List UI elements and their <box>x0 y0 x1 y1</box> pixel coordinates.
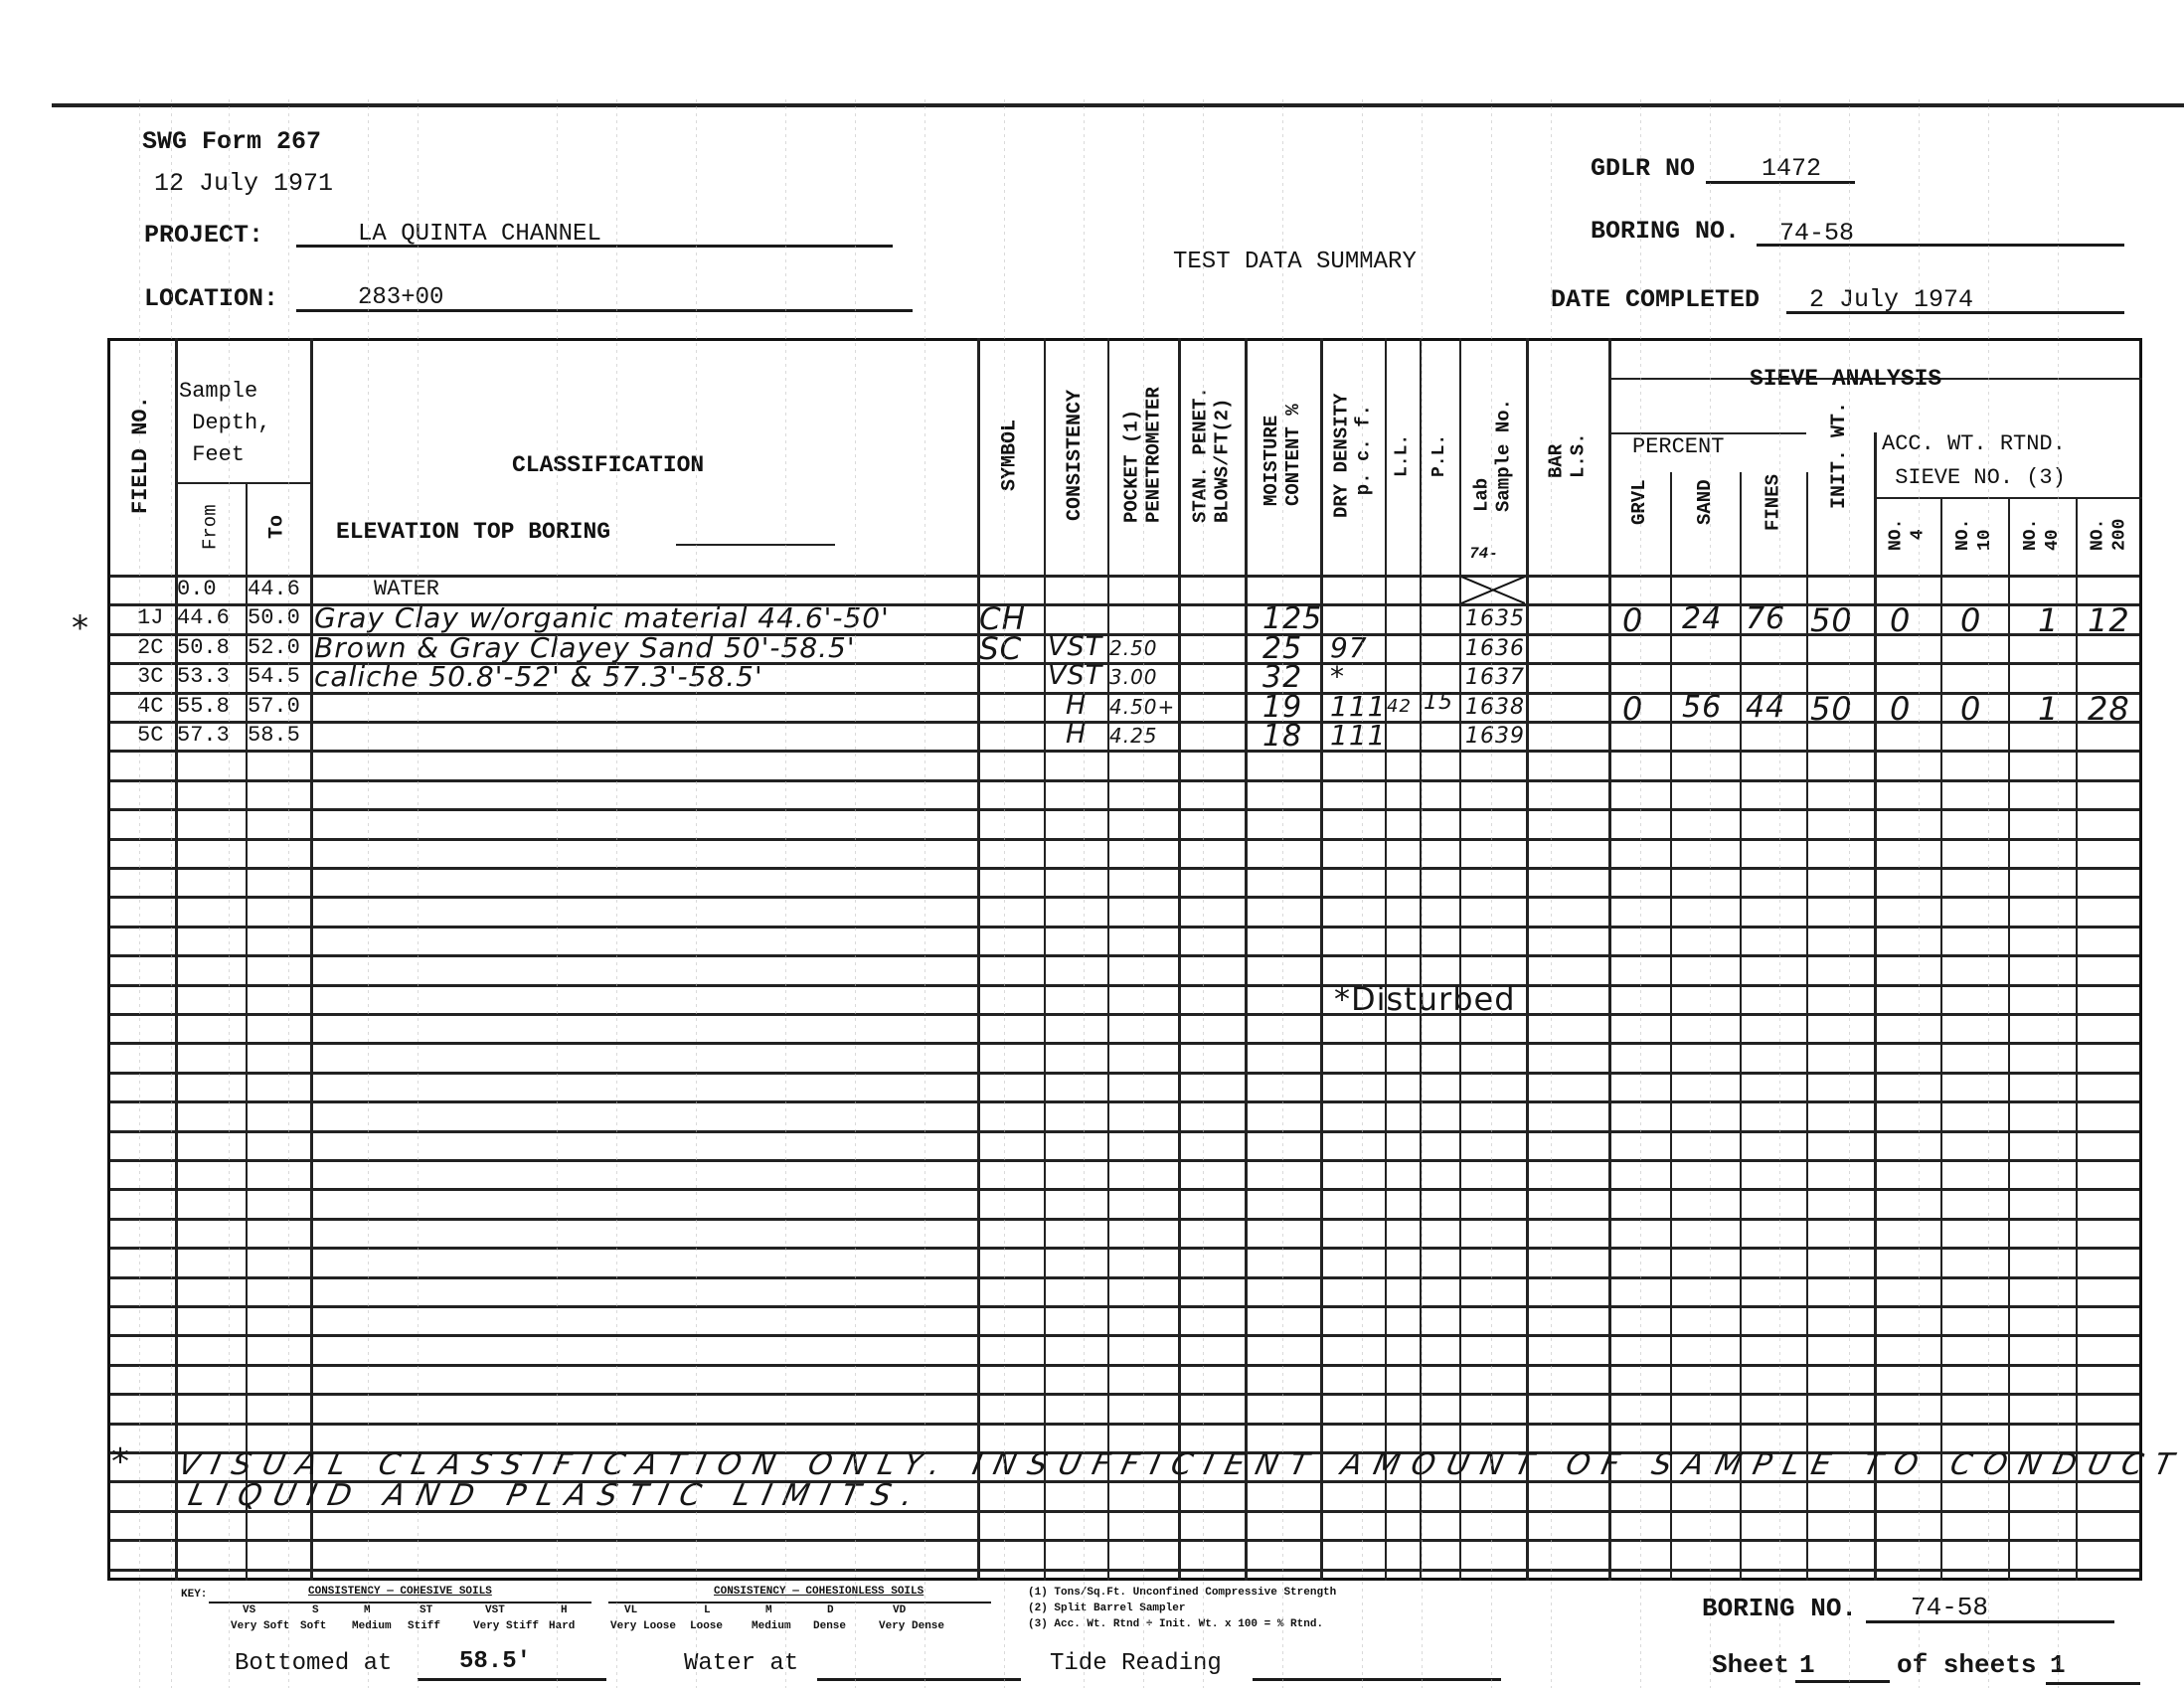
row-divider <box>110 984 2139 987</box>
project-underline <box>296 245 893 248</box>
cell-sand[interactable]: 24 <box>1682 601 1722 636</box>
gdlr-underline <box>1706 181 1855 184</box>
row-divider <box>110 1393 2139 1396</box>
row-divider <box>110 1569 2139 1572</box>
scan-streak <box>1362 99 1363 1688</box>
location-value[interactable]: 283+00 <box>358 284 443 311</box>
key-cohesionless-title: CONSISTENCY — COHESIONLESS SOILS <box>714 1586 924 1598</box>
row-divider <box>110 838 2139 841</box>
cell-no10[interactable]: 0 <box>1960 690 1981 728</box>
gdlr-value[interactable]: 1472 <box>1762 154 1821 183</box>
cell-to[interactable]: 50.0 <box>248 605 300 630</box>
note-asterisk: * <box>111 1441 130 1482</box>
cell-to[interactable]: 54.5 <box>248 664 300 689</box>
lab-sample-void-mark <box>1461 577 1525 603</box>
key-rule <box>209 1602 591 1604</box>
cell-pocket[interactable]: 4.25 <box>1109 724 1158 748</box>
key-cohesive-name: Very Stiff <box>473 1620 539 1632</box>
cell-classification[interactable]: Brown & Gray Clayey Sand 50'-58.5' <box>314 631 856 664</box>
column-divider <box>1806 472 1808 1581</box>
header-sieve-no4: NO. 4 <box>1874 502 1940 567</box>
row-divider <box>110 1159 2139 1162</box>
row-divider <box>110 1188 2139 1191</box>
form-title: TEST DATA SUMMARY <box>1173 249 1417 275</box>
row-divider <box>110 1364 2139 1367</box>
column-divider <box>2076 497 2078 1581</box>
location-underline <box>296 309 913 312</box>
row-divider <box>110 1130 2139 1133</box>
header-stan-penet: STAN. PENET. BLOWS/FT(2) <box>1178 348 1245 563</box>
header-depth-to: To <box>246 487 310 567</box>
scan-streak <box>785 99 786 1688</box>
sheet-label: Sheet <box>1712 1650 1789 1680</box>
key-cohesive-name: Very Soft <box>231 1620 289 1632</box>
header-divider <box>1874 497 2142 499</box>
header-acc-wt-rtnd: ACC. WT. RTND. SIEVE NO. (3) <box>1882 427 2066 495</box>
tide-reading-label: Tide Reading <box>1050 1650 1222 1677</box>
footnote-2: (2) Split Barrel Sampler <box>1028 1603 1185 1614</box>
cell-no200[interactable]: 28 <box>2088 690 2130 728</box>
row-divider <box>110 1539 2139 1542</box>
scan-streak <box>1779 99 1780 1688</box>
row-divider <box>110 1334 2139 1337</box>
row-divider <box>110 1100 2139 1103</box>
column-divider <box>1670 472 1672 1581</box>
date-completed-value[interactable]: 2 July 1974 <box>1809 285 1973 314</box>
key-cohesionless-abbr: L <box>704 1604 711 1616</box>
scan-streak <box>171 99 172 1688</box>
scan-streak <box>1491 99 1492 1688</box>
date-underline <box>1786 311 2124 314</box>
boring-underline <box>1757 244 2124 247</box>
scan-streak <box>1282 99 1283 1688</box>
header-bar-ls: BAR L.S. <box>1526 348 1608 563</box>
scan-streak <box>1640 99 1641 1688</box>
bottomed-at-value[interactable]: 58.5' <box>459 1648 531 1675</box>
header-liquid-limit: L.L. <box>1385 348 1420 563</box>
key-cohesive-abbr: ST <box>420 1604 432 1616</box>
header-sieve-no10: NO. 10 <box>1940 502 2008 567</box>
header-symbol: SYMBOL <box>977 348 1044 563</box>
header-classification: CLASSIFICATION <box>512 452 704 478</box>
water-at-label: Water at <box>684 1650 798 1677</box>
cell-field-no[interactable]: 4C <box>137 694 163 719</box>
cell-no40[interactable]: 1 <box>2038 601 2059 639</box>
cell-dry-density[interactable]: 111 <box>1330 719 1386 752</box>
header-plastic-limit: P.L. <box>1420 348 1459 563</box>
cell-field-no[interactable]: 5C <box>137 723 163 748</box>
boring-label: BORING NO. <box>1591 217 1740 246</box>
of-sheets-underline <box>2046 1682 2140 1685</box>
scan-streak <box>1084 99 1085 1688</box>
row-divider <box>110 779 2139 782</box>
cell-init-wt[interactable]: 50 <box>1810 690 1853 728</box>
sheet-value[interactable]: 1 <box>1799 1650 1815 1680</box>
cell-init-wt[interactable]: 50 <box>1810 601 1853 639</box>
key-cohesive-name: Hard <box>549 1620 575 1632</box>
cell-pl[interactable]: 15 <box>1424 690 1453 715</box>
note-line-1: VISUAL CLASSIFICATION ONLY. INSUFFICIENT… <box>175 1447 2184 1482</box>
header-sieve-analysis: SIEVE ANALYSIS <box>1750 366 1941 392</box>
column-divider <box>1940 497 1942 1581</box>
cell-classification[interactable]: WATER <box>374 577 439 601</box>
sheet-underline <box>1795 1680 1890 1683</box>
footnote-1: (1) Tons/Sq.Ft. Unconfined Compressive S… <box>1028 1587 1336 1599</box>
cell-pocket[interactable]: 3.00 <box>1109 665 1158 689</box>
cell-from[interactable]: 0.0 <box>177 577 217 601</box>
project-label: PROJECT: <box>144 221 263 250</box>
key-cohesionless-abbr: M <box>765 1604 772 1616</box>
key-cohesionless-name: Loose <box>690 1620 723 1632</box>
key-cohesionless-abbr: VD <box>893 1604 906 1616</box>
key-cohesionless-name: Very Dense <box>879 1620 944 1632</box>
scan-streak <box>1710 99 1711 1688</box>
scan-streak <box>616 99 617 1688</box>
row-divider <box>110 1042 2139 1045</box>
cell-lab-no[interactable]: 1637 <box>1465 665 1525 690</box>
scan-streak <box>1143 99 1144 1688</box>
row-divider <box>110 954 2139 957</box>
row-divider <box>110 1218 2139 1221</box>
bottomed-underline <box>418 1678 606 1681</box>
cell-no4[interactable]: 0 <box>1890 690 1911 728</box>
cell-no10[interactable]: 0 <box>1960 601 1981 639</box>
header-lab-sample-no: Lab Sample No. <box>1459 348 1526 563</box>
key-cohesive-name: Soft <box>300 1620 326 1632</box>
column-divider <box>2008 497 2010 1581</box>
scan-streak <box>557 99 558 1688</box>
header-dry-density: DRY DENSITY p. c. f. <box>1320 348 1385 563</box>
gdlr-label: GDLR NO <box>1591 154 1695 183</box>
key-cohesive-abbr: S <box>312 1604 319 1616</box>
location-label: LOCATION: <box>144 284 278 313</box>
row-divider <box>110 867 2139 870</box>
cell-field-no[interactable]: 2C <box>137 635 163 660</box>
cell-to[interactable]: 44.6 <box>248 577 300 601</box>
scan-streak <box>229 99 230 1688</box>
header-depth-from: From <box>175 487 246 567</box>
form-date: 12 July 1971 <box>154 169 333 198</box>
key-cohesive-name: Stiff <box>408 1620 440 1632</box>
key-cohesive-title: CONSISTENCY — COHESIVE SOILS <box>308 1586 492 1598</box>
header-field-no: FIELD NO. <box>107 348 175 563</box>
cell-symbol[interactable]: SC <box>979 631 1022 667</box>
header-sieve-no40: NO. 40 <box>2008 502 2076 567</box>
cell-sand[interactable]: 56 <box>1682 690 1722 725</box>
row-divider <box>110 808 2139 811</box>
cell-consistency[interactable]: VST <box>1048 631 1102 662</box>
header-consistency: CONSISTENCY <box>1044 348 1107 563</box>
row-divider <box>110 750 2139 753</box>
cell-no40[interactable]: 1 <box>2038 690 2059 728</box>
row-divider <box>110 1247 2139 1250</box>
date-completed-label: DATE COMPLETED <box>1551 285 1760 314</box>
footer-boring-underline <box>1866 1620 2114 1623</box>
cell-no4[interactable]: 0 <box>1890 601 1911 639</box>
cell-lab-no[interactable]: 1639 <box>1465 724 1525 749</box>
key-cohesive-abbr: VST <box>485 1604 505 1616</box>
column-divider <box>1740 472 1742 1581</box>
scan-streak <box>696 99 697 1688</box>
elevation-blank[interactable] <box>676 544 835 546</box>
tide-reading-field[interactable] <box>1253 1678 1501 1681</box>
scan-streak <box>855 99 856 1688</box>
key-cohesive-abbr: H <box>561 1604 568 1616</box>
footnote-3: (3) Acc. Wt. Rtnd ÷ Init. Wt. x 100 = % … <box>1028 1618 1323 1630</box>
scan-streak <box>1422 99 1423 1688</box>
scan-streak <box>1551 99 1552 1688</box>
water-at-field[interactable] <box>817 1678 1021 1681</box>
scan-streak <box>418 99 419 1688</box>
cell-field-no[interactable]: 1J <box>137 605 163 630</box>
key-cohesive-name: Medium <box>352 1620 392 1632</box>
key-label: KEY: <box>181 1589 207 1601</box>
key-cohesionless-name: Very Loose <box>610 1620 676 1632</box>
cell-from[interactable]: 55.8 <box>177 694 230 719</box>
key-cohesionless-name: Dense <box>813 1620 846 1632</box>
scan-streak <box>1203 99 1204 1688</box>
cell-pocket[interactable]: 2.50 <box>1109 636 1158 660</box>
header-fines: FINES <box>1740 437 1806 567</box>
cell-ll[interactable]: 42 <box>1387 696 1412 717</box>
row-divider <box>110 926 2139 928</box>
row-divider <box>110 1305 2139 1308</box>
scan-streak <box>2058 99 2059 1688</box>
cell-from[interactable]: 50.8 <box>177 635 230 660</box>
scan-streak <box>288 99 289 1688</box>
key-rule <box>608 1602 991 1604</box>
scan-streak <box>924 99 925 1688</box>
test-data-table: FIELD NO.SYMBOLCONSISTENCYPOCKET (1) PEN… <box>107 338 2142 1581</box>
form-id: SWG Form 267 <box>142 127 321 156</box>
header-divider <box>175 482 310 484</box>
row-divider <box>110 1276 2139 1279</box>
scan-streak <box>139 99 140 1688</box>
footer-boring-value[interactable]: 74-58 <box>1911 1593 1988 1622</box>
key-cohesionless-abbr: VL <box>624 1604 637 1616</box>
form-top-rule <box>52 103 2184 107</box>
row-divider <box>110 1423 2139 1426</box>
cell-to[interactable]: 52.0 <box>248 635 300 660</box>
scan-streak <box>368 99 369 1688</box>
row-divider <box>110 1072 2139 1075</box>
key-cohesive-abbr: VS <box>243 1604 255 1616</box>
cell-consistency[interactable]: VST <box>1048 660 1102 691</box>
header-sample-depth: Sample Depth, Feet <box>179 376 270 471</box>
header-sieve-no200: NO. 200 <box>2076 502 2142 567</box>
key-cohesionless-abbr: D <box>827 1604 834 1616</box>
header-lab-prefix: 74- <box>1469 545 1498 563</box>
cell-from[interactable]: 57.3 <box>177 723 230 748</box>
row-divider <box>110 896 2139 899</box>
scan-streak <box>1919 99 1920 1688</box>
cell-to[interactable]: 58.5 <box>248 723 300 748</box>
cell-lab-no[interactable]: 1636 <box>1465 636 1525 661</box>
cell-dry-density[interactable]: 111 <box>1330 690 1386 723</box>
header-elevation-top-boring: ELEVATION TOP BORING <box>336 519 610 545</box>
cell-to[interactable]: 57.0 <box>248 694 300 719</box>
cell-dry-density[interactable]: * <box>1330 660 1345 693</box>
scan-streak <box>1988 99 1989 1688</box>
cell-from[interactable]: 44.6 <box>177 605 230 630</box>
row-asterisk-marker: * <box>72 608 89 648</box>
scan-streak <box>1004 99 1005 1688</box>
cell-from[interactable]: 53.3 <box>177 664 230 689</box>
project-value[interactable]: LA QUINTA CHANNEL <box>358 221 601 248</box>
cell-classification[interactable]: Gray Clay w/organic material 44.6'-50' <box>314 601 890 634</box>
scan-streak <box>1849 99 1850 1688</box>
cell-field-no[interactable]: 3C <box>137 664 163 689</box>
row-divider <box>110 1013 2139 1016</box>
cell-lab-no[interactable]: 1635 <box>1465 606 1525 631</box>
cell-no200[interactable]: 12 <box>2088 601 2130 639</box>
cell-lab-no[interactable]: 1638 <box>1465 695 1525 720</box>
